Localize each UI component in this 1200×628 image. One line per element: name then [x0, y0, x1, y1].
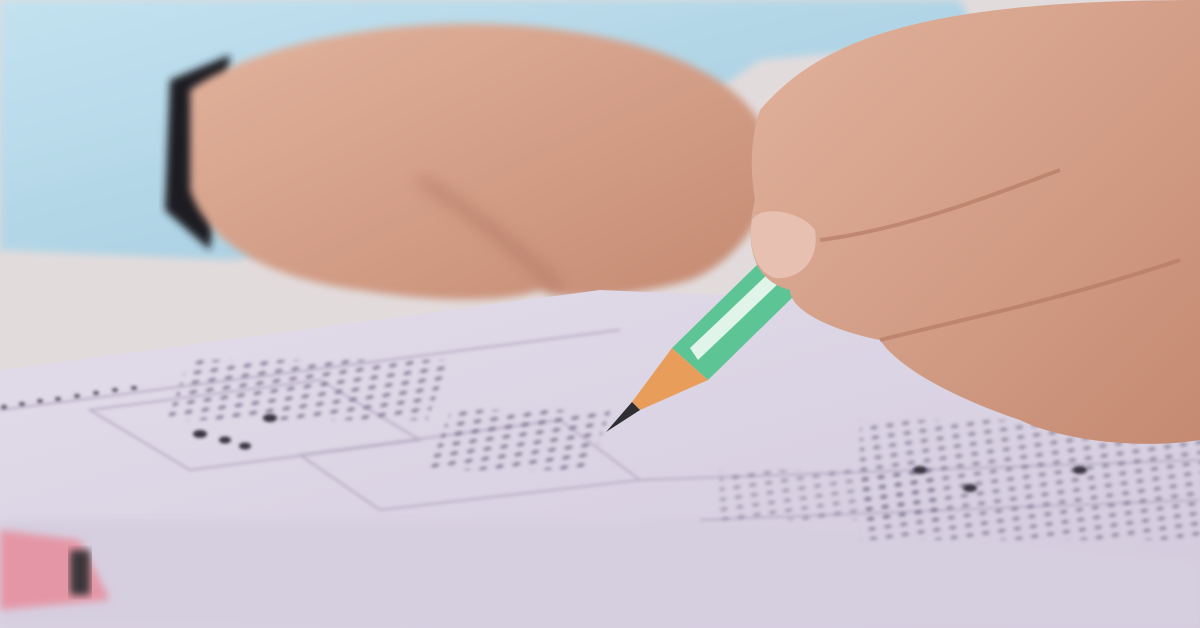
answer-sheet-photo	[0, 0, 1200, 628]
tab-shadow	[70, 550, 90, 595]
left-hand	[190, 24, 770, 300]
photo-scene	[0, 0, 1200, 628]
